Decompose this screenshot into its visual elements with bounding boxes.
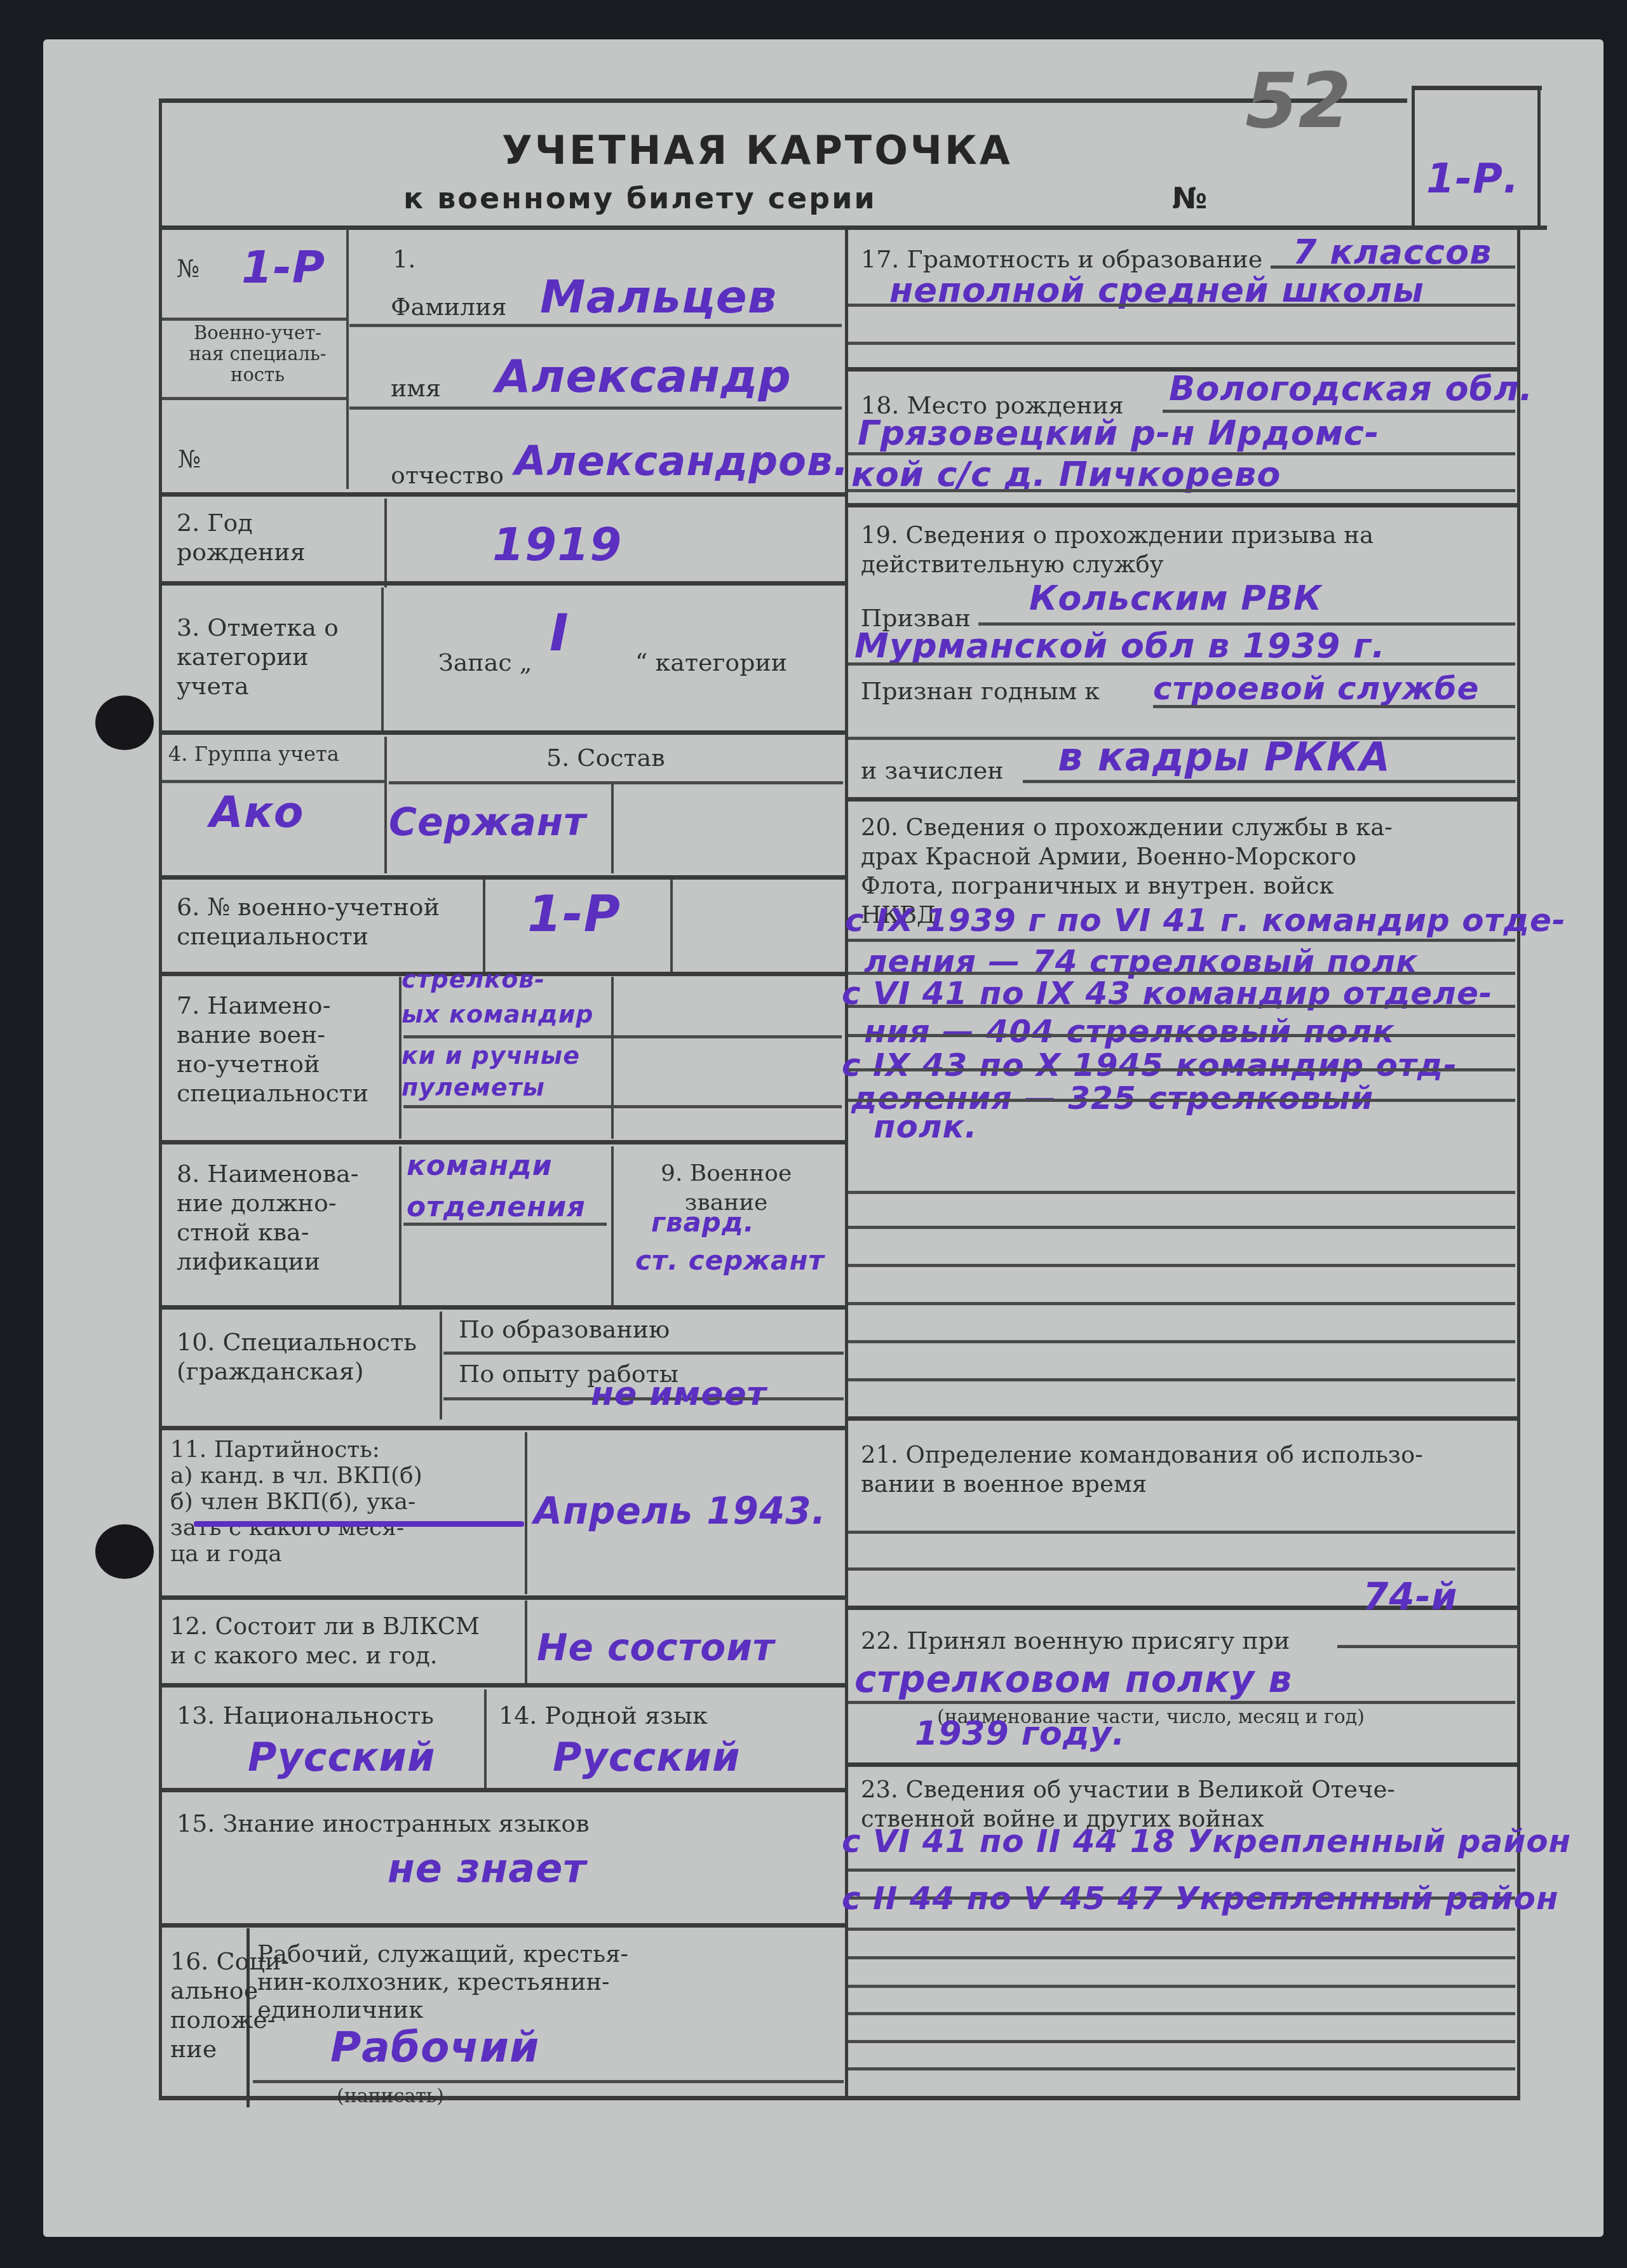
rule: [403, 1105, 842, 1108]
rule: [848, 1340, 1515, 1343]
divider: [440, 1312, 442, 1419]
name-label: имя: [391, 373, 441, 403]
rule: [443, 1352, 844, 1355]
form-right-border: [1517, 229, 1520, 2099]
rule: [162, 1305, 845, 1310]
enlisted-label: и зачислен: [861, 756, 1003, 785]
rule: [162, 318, 346, 321]
party-member-underline: [194, 1521, 524, 1527]
item1-number: 1.: [393, 245, 415, 274]
birthplace-line3: кой с/с д. Пичкорево: [851, 454, 1281, 494]
reserve-suffix: “ категории: [635, 648, 787, 677]
corner-box-left: [1412, 89, 1415, 227]
reserve-prefix: Запас „: [438, 648, 532, 677]
service-line7: полк.: [874, 1108, 977, 1145]
rule: [848, 1531, 1515, 1534]
war-participation-line1: с VI 41 по II 44 18 Укрепленный район: [842, 1823, 1571, 1860]
rule: [848, 1034, 1515, 1037]
rule: [848, 2012, 1515, 2015]
enlisted-value: в кадры РККА: [1058, 734, 1391, 780]
rule: [162, 875, 845, 880]
birth-year-value: 1919: [492, 518, 622, 571]
oath-value-line2: стрелковом полку в: [854, 1658, 1292, 1701]
service-line1: с IX 1939 г по VI 41 г. командир отде-: [845, 902, 1566, 939]
rule: [848, 797, 1518, 802]
wartime-use-label: 21. Определение командования об использо…: [861, 1440, 1423, 1499]
birthplace-line2: Грязовецкий р-н Ирдомс-: [858, 413, 1379, 453]
header-top-rule: [162, 98, 1407, 103]
rule: [389, 781, 843, 784]
nationality-label: 13. Национальность: [177, 1701, 434, 1730]
corner-box-value: 1-Р.: [1426, 156, 1519, 203]
surname-value: Мальцев: [540, 270, 777, 323]
rule: [848, 342, 1515, 345]
native-language-label: 14. Родной язык: [499, 1701, 708, 1730]
surname-label: Фамилия: [391, 292, 507, 321]
rule: [162, 730, 845, 735]
divider: [611, 977, 614, 1139]
social-status-hint: (написать): [337, 2084, 444, 2109]
conscription-label: 19. Сведения о прохождении призыва на де…: [861, 521, 1374, 579]
rule: [848, 939, 1515, 942]
rule: [848, 1869, 1515, 1872]
nationality-value: Русский: [248, 1734, 435, 1780]
rule: [349, 406, 842, 410]
rule: [848, 1226, 1515, 1229]
rank-line2: ст. сержант: [635, 1245, 825, 1276]
rule: [848, 1005, 1515, 1008]
vus-no-label-bottom: №: [178, 445, 201, 474]
rule: [162, 1140, 845, 1144]
group-label: 4. Группа учета: [168, 742, 339, 766]
category-label: 3. Отметка о категории учета: [177, 613, 339, 701]
rule: [162, 1683, 845, 1688]
rule: [848, 1378, 1515, 1381]
komsomol-value: Не состоит: [537, 1626, 774, 1669]
punch-hole-bottom: [95, 1524, 154, 1579]
native-language-value: Русский: [553, 1734, 740, 1780]
divider: [384, 499, 387, 587]
position-line2: отделения: [407, 1191, 586, 1223]
rule: [848, 1068, 1515, 1071]
divider: [484, 1689, 487, 1788]
corner-box-right: [1537, 89, 1541, 227]
divider: [525, 1432, 527, 1594]
party-label: 11. Партийность: а) канд. в чл. ВКП(б) б…: [170, 1437, 422, 1567]
position-line1: команди: [407, 1150, 553, 1182]
komsomol-label: 12. Состоит ли в ВЛКСМ и с какого мес. и…: [170, 1612, 480, 1670]
social-status-options: Рабочий, служащий, крестья- нин-колхозни…: [257, 1940, 628, 2024]
rule: [162, 581, 845, 586]
oath-label: 22. Принял военную присягу при: [861, 1626, 1290, 1655]
rule: [848, 1264, 1515, 1267]
divider: [384, 737, 387, 873]
vus-number-value: 1-Р: [527, 886, 621, 943]
rule: [848, 304, 1515, 307]
composition-value: Сержант: [389, 800, 586, 845]
punch-hole-top: [95, 695, 154, 750]
patronymic-value: Александров.: [515, 438, 849, 485]
column-divider: [845, 229, 848, 2099]
rule: [848, 503, 1518, 507]
vus-no-label-top: №: [177, 254, 199, 283]
fit-value: строевой службе: [1153, 670, 1480, 707]
rule: [848, 1701, 1515, 1704]
foreign-languages-value: не знает: [388, 1845, 586, 1891]
war-participation-line2: с II 44 по V 45 47 Укрепленный район: [842, 1880, 1559, 1917]
vus-block-divider: [346, 229, 349, 489]
party-value: Апрель 1943.: [534, 1489, 827, 1533]
series-number-sign: №: [1172, 181, 1210, 215]
rule: [1337, 1645, 1518, 1648]
composition-label: 5. Состав: [546, 743, 665, 772]
rule: [162, 780, 384, 783]
header-bottom-rule: [159, 225, 1547, 230]
rule: [848, 1956, 1515, 1959]
rule: [1271, 265, 1515, 269]
birth-year-label: 2. Год рождения: [177, 508, 306, 567]
document-title: УЧЕТНАЯ КАРТОЧКА: [502, 127, 1013, 173]
service-line5: с IX 43 по X 1945 командир отд-: [842, 1047, 1457, 1084]
rule: [848, 662, 1515, 666]
called-value-line1: Кольским РВК: [1029, 578, 1322, 618]
patronymic-label: отчество: [391, 460, 504, 490]
divider: [525, 1600, 527, 1686]
rule: [848, 1928, 1515, 1931]
vus-no-value-top: 1-Р: [241, 241, 325, 293]
name-value: Александр: [496, 349, 792, 403]
rule: [848, 1567, 1515, 1571]
divider: [611, 784, 614, 873]
divider: [399, 1146, 402, 1305]
birthplace-line1: Вологодская обл.: [1169, 368, 1533, 408]
fit-label: Признан годным к: [861, 676, 1100, 706]
rule: [848, 2067, 1515, 2070]
oath-value-line3: 1939 году.: [915, 1715, 1125, 1753]
vus-label: Военно-учет- ная специаль- ность: [170, 323, 345, 386]
rank-line1: гвард.: [651, 1207, 755, 1238]
oath-value-line1: 74-й: [1363, 1575, 1457, 1618]
divider: [483, 880, 485, 972]
foreign-languages-label: 15. Знание иностранных языков: [177, 1809, 590, 1838]
divider: [670, 880, 673, 972]
service-line4: ния — 404 стрелковый полк: [864, 1013, 1394, 1050]
divider: [381, 587, 384, 730]
divider: [611, 1146, 614, 1305]
rule: [162, 1788, 845, 1792]
rule: [162, 1426, 845, 1430]
rule: [1153, 705, 1515, 708]
civil-specialty-label: 10. Специальность (гражданская): [177, 1327, 417, 1386]
rule: [848, 1302, 1515, 1305]
vus-number-label: 6. № военно-учетной специальности: [177, 892, 440, 951]
vus-name-label: 7. Наимено- вание воен- но-учетной специ…: [177, 991, 368, 1108]
group-value: Ако: [210, 788, 304, 838]
rule: [848, 1416, 1518, 1421]
rule: [349, 324, 842, 327]
rule: [848, 1191, 1515, 1194]
rule: [162, 492, 845, 497]
document-subtitle: к военному билету серии: [403, 181, 877, 215]
rule: [848, 1985, 1515, 1988]
called-value-line2: Мурманской обл в 1939 г.: [854, 626, 1386, 666]
rule: [1023, 780, 1515, 783]
archive-pencil-number: 52: [1245, 57, 1351, 145]
rule: [848, 1099, 1515, 1102]
rule: [848, 1762, 1518, 1767]
social-status-value: Рабочий: [330, 2023, 539, 2072]
rule: [162, 1595, 845, 1600]
reserve-category-value: I: [550, 603, 569, 662]
vus-name-line3: ки и ручные: [402, 1042, 580, 1070]
rule: [253, 2080, 844, 2083]
rule: [403, 1035, 842, 1038]
by-experience-value: не имеет: [591, 1375, 767, 1413]
corner-box-top: [1412, 86, 1542, 90]
vus-name-line1: стрелков-: [402, 965, 545, 993]
vus-name-line4: пулеметы: [402, 1073, 545, 1101]
rule: [403, 1223, 607, 1226]
position-label: 8. Наименова- ние должно- стной ква- лиф…: [177, 1159, 359, 1276]
by-education-label: По образованию: [459, 1315, 670, 1344]
rule: [162, 397, 346, 400]
vus-name-line2: ых командир: [402, 1000, 593, 1028]
rule: [848, 489, 1515, 492]
rule: [848, 2040, 1515, 2043]
rule: [162, 1923, 845, 1928]
